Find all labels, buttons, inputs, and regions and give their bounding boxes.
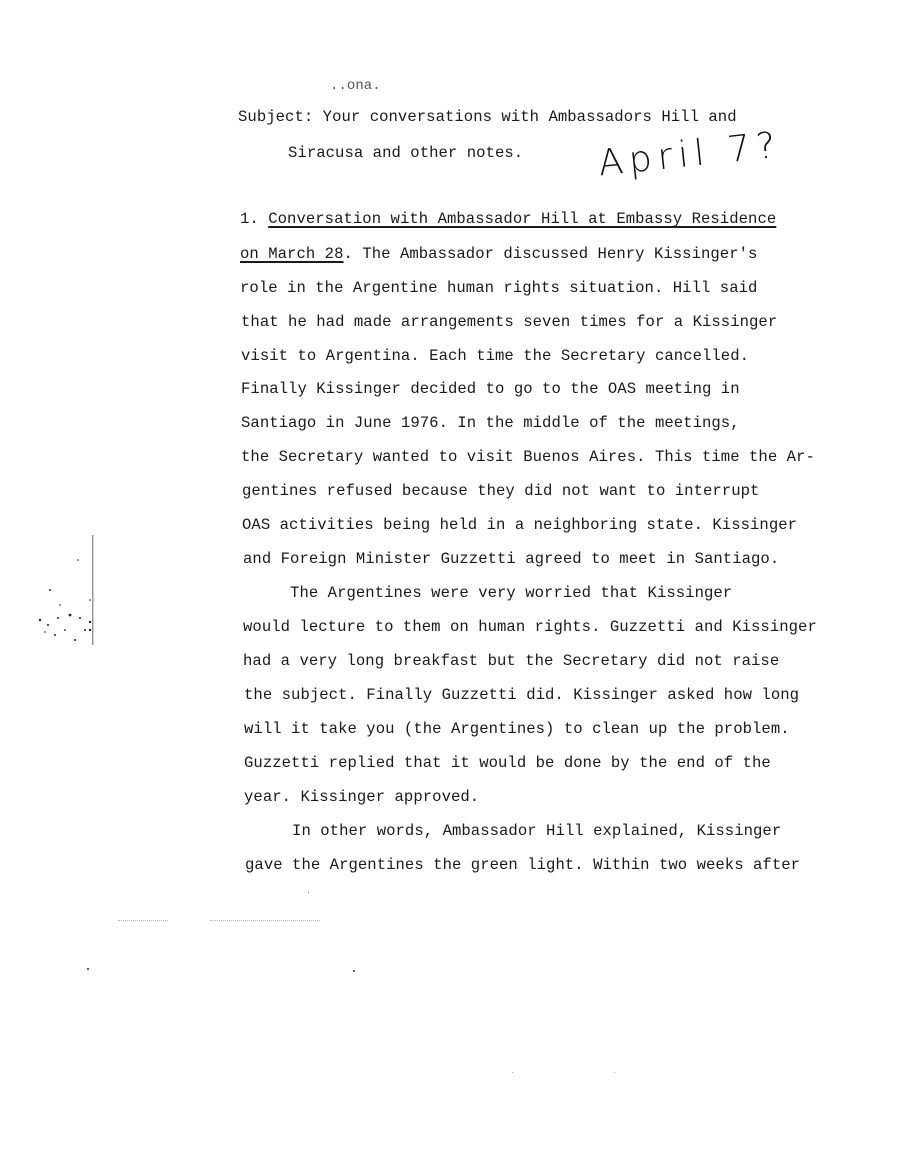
scan-speck [353,970,355,972]
body-line: and Foreign Minister Guzzetti agreed to … [243,550,779,568]
body-line: would lecture to them on human rights. G… [243,618,817,636]
body-line: Santiago in June 1976. In the middle of … [241,414,740,432]
scan-speck [87,968,89,970]
body-line: year. Kissinger approved. [244,788,479,806]
scan-speck [308,892,309,893]
body-line: the Secretary wanted to visit Buenos Air… [241,448,815,466]
body-line: Guzzetti replied that it would be done b… [244,754,771,772]
section-heading: Conversation with Ambassador Hill at Emb… [268,210,776,228]
subject-line-2: Siracusa and other notes. [288,144,523,162]
body-line: visit to Argentina. Each time the Secret… [241,347,749,365]
body-line: Finally Kissinger decided to go to the O… [241,380,740,398]
section-1-heading-line-1: 1. Conversation with Ambassador Hill at … [240,210,776,228]
document-page: ..ona. Subject: Your conversations with … [0,0,904,1169]
scan-speck [512,1072,513,1073]
section-heading-date: on March 28 [240,245,344,263]
section-number: 1. [240,210,268,228]
body-line: the subject. Finally Guzzetti did. Kissi… [244,686,799,704]
body-line: had a very long breakfast but the Secret… [243,652,779,670]
body-line: that he had made arrangements seven time… [241,313,777,331]
scan-artifact-line [210,920,320,922]
body-line: role in the Argentine human rights situa… [240,279,757,297]
header-fragment: ..ona. [330,78,381,94]
scan-speck [614,1072,615,1073]
scan-noise-margin [30,530,105,650]
body-line: gave the Argentines the green light. Wit… [245,856,800,874]
body-line: gentines refused because they did not wa… [242,482,759,500]
scan-artifact-line [118,920,168,922]
body-text: . The Ambassador discussed Henry Kissing… [344,245,758,263]
section-1-line-2: on March 28. The Ambassador discussed He… [240,245,757,263]
handwritten-date-annotation: April 7? [596,125,783,185]
body-line: In other words, Ambassador Hill explaine… [245,822,781,840]
subject-line-1: Subject: Your conversations with Ambassa… [238,108,737,126]
body-line: OAS activities being held in a neighbori… [242,516,797,534]
body-line: will it take you (the Argentines) to cle… [244,720,790,738]
body-line: The Argentines were very worried that Ki… [243,584,732,602]
